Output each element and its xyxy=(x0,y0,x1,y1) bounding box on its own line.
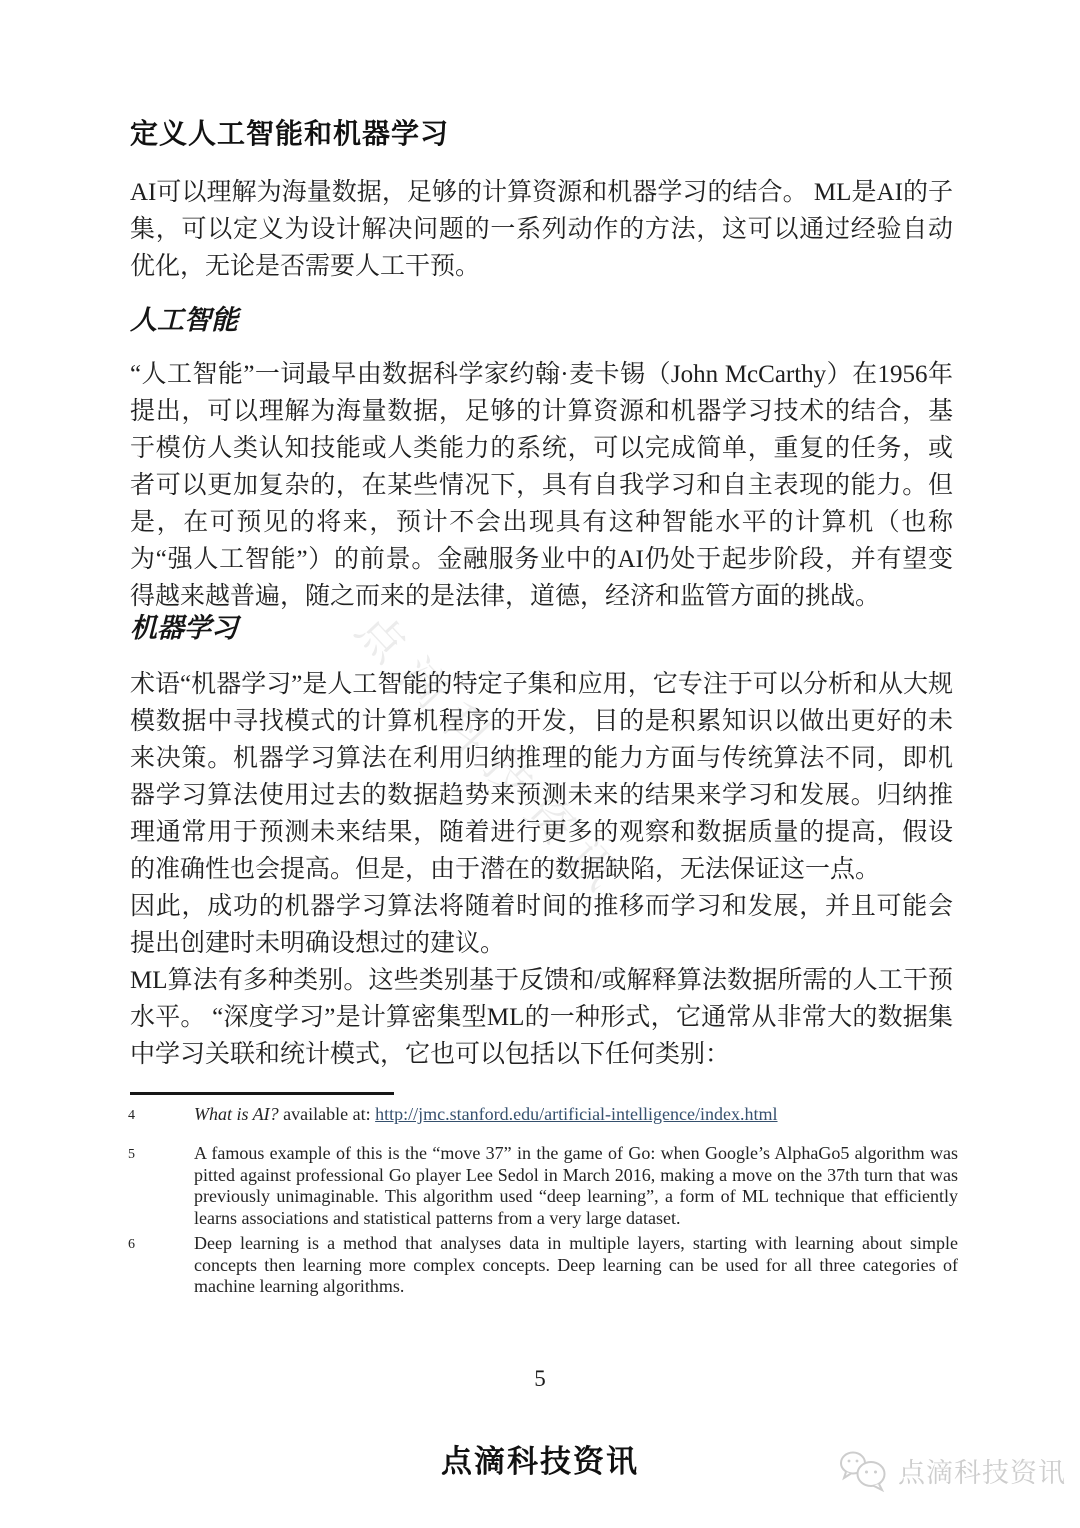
ai-paragraph: “人工智能”一词最早由数据科学家约翰·麦卡锡（John McCarthy）在19… xyxy=(130,356,953,615)
corner-watermark: 点滴科技资讯 xyxy=(838,1448,1066,1492)
ml-paragraph-2: 因此，成功的机器学习算法将随着时间的推移而学习和发展，并且可能会提出创建时未明确… xyxy=(130,888,953,962)
intro-paragraph: AI可以理解为海量数据，足够的计算资源和机器学习的结合。 ML是AI的子集，可以… xyxy=(130,174,953,285)
footnote-separator xyxy=(130,1092,394,1095)
section-heading-ml: 机器学习 xyxy=(130,606,238,645)
ml-paragraph-3: ML算法有多种类别。这些类别基于反馈和/或解释算法数据所需的人工干预水平。 “深… xyxy=(130,962,953,1073)
corner-watermark-text: 点滴科技资讯 xyxy=(898,1451,1066,1490)
footnote-4-number: 4 xyxy=(128,1104,194,1127)
footnote-6: 6 Deep learning is a method that analyse… xyxy=(128,1233,958,1298)
ml-paragraph-1: 术语“机器学习”是人工智能的特定子集和应用，它专注于可以分析和从大规模数据中寻找… xyxy=(130,666,953,888)
section-heading-ai: 人工智能 xyxy=(130,298,238,337)
footnote-4-title: What is AI? xyxy=(194,1104,279,1124)
document-page: 点滴科技资讯 定义人工智能和机器学习 AI可以理解为海量数据，足够的计算资源和机… xyxy=(0,0,1080,1528)
footnote-5-text: A famous example of this is the “move 37… xyxy=(194,1143,958,1229)
footnote-4-text: What is AI? available at: http://jmc.sta… xyxy=(194,1104,958,1127)
footnote-4-mid: available at: xyxy=(279,1104,375,1124)
footnote-4: 4 What is AI? available at: http://jmc.s… xyxy=(128,1104,958,1127)
footnote-5-number: 5 xyxy=(128,1143,194,1229)
footnote-5: 5 A famous example of this is the “move … xyxy=(128,1143,958,1229)
ml-paragraphs: 术语“机器学习”是人工智能的特定子集和应用，它专注于可以分析和从大规模数据中寻找… xyxy=(130,666,953,1073)
footnote-6-number: 6 xyxy=(128,1233,194,1298)
page-title: 定义人工智能和机器学习 xyxy=(130,112,449,152)
footnote-4-link[interactable]: http://jmc.stanford.edu/artificial-intel… xyxy=(375,1104,777,1124)
page-number: 5 xyxy=(0,1366,1080,1392)
footnote-6-text: Deep learning is a method that analyses … xyxy=(194,1233,958,1298)
wechat-icon xyxy=(838,1448,890,1492)
